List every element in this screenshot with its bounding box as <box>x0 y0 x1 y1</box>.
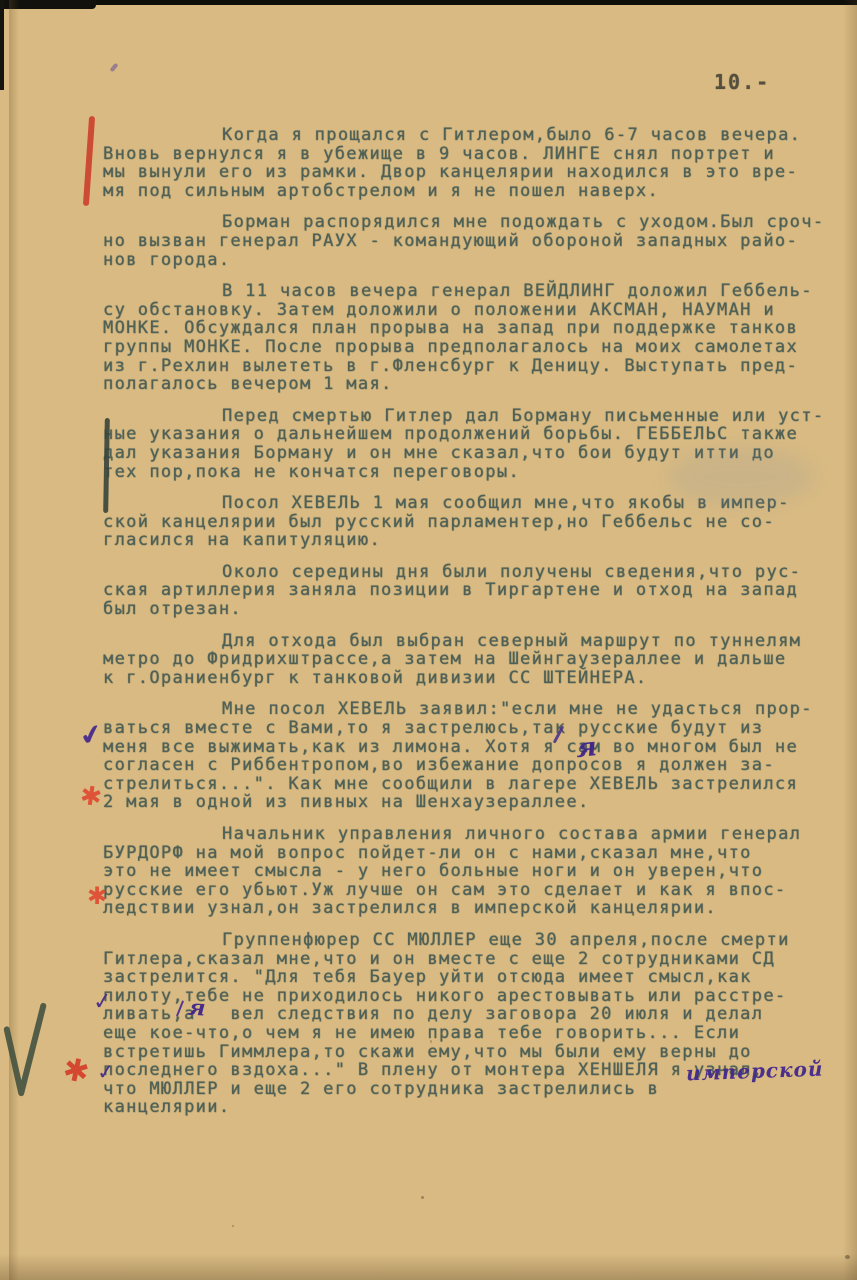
red-asterisk-2: ✱ <box>87 884 107 908</box>
typed-line: ные указания о дальнейшем продолжений бо… <box>103 425 833 444</box>
typed-paragraph: Борман распорядился мне подождать с уход… <box>103 213 833 269</box>
typed-line: ваться вместе с Вами,то я застрелюсь,так… <box>103 719 833 738</box>
typed-line: Борман распорядился мне подождать с уход… <box>103 213 833 232</box>
purple-check-mark-2: ✓ <box>92 990 114 1015</box>
typed-line: Когда я прощался с Гитлером,было 6-7 час… <box>103 126 833 145</box>
big-dark-checkmark <box>2 1002 50 1100</box>
typed-line: метро до Фридрихштрассе,а затем на Шейнг… <box>103 650 833 669</box>
typed-line: ская артиллерия заняла позиции в Тиргарт… <box>103 581 833 600</box>
purple-check-mark-1: ✔ <box>77 720 105 752</box>
paper-speck <box>232 1225 234 1227</box>
red-margin-stroke <box>83 116 95 206</box>
typed-line: к г.Ораниенбург к танковой дивизии СС ШТ… <box>103 669 833 688</box>
handwritten-ya-insert: я <box>187 996 207 1019</box>
typed-line: но вызван генерал РАУХ - командующий обо… <box>103 232 833 251</box>
paper-shadow-bottom <box>0 1254 857 1280</box>
typed-line: Для отхода был выбран северный маршрут п… <box>103 632 833 651</box>
typed-line: ледствии узнал,он застрелился в имперско… <box>103 899 833 918</box>
typed-line: су обстановку. Затем доложили о положени… <box>103 301 833 320</box>
typed-line: канцелярии. <box>103 1098 833 1117</box>
typed-line: ливать,а вел следствия по делу заговора … <box>103 1005 833 1024</box>
typed-paragraph: Группенфюрер СС МЮЛЛЕР еще 30 апреля,пос… <box>103 931 833 1117</box>
page-number: 10.- <box>714 70 770 94</box>
scan-edge-left <box>0 0 4 90</box>
typed-line: Мне посол ХЕВЕЛЬ заявил:"если мне не уда… <box>103 700 833 719</box>
scan-edge-top <box>0 0 857 5</box>
typed-line: это не имеет смысла - у него больные ног… <box>103 862 833 881</box>
typed-paragraph: Для отхода был выбран северный маршрут п… <box>103 632 833 688</box>
typed-line: встретишь Гиммлера,то скажи ему,что мы б… <box>103 1043 833 1062</box>
typed-line: гласился на капитуляцию. <box>103 531 833 550</box>
typed-line: из г.Рехлин вылететь в г.Фленсбург к Ден… <box>103 357 833 376</box>
typed-line: Группенфюрер СС МЮЛЛЕР еще 30 апреля,пос… <box>103 931 833 950</box>
typed-line: Вновь вернулся я в убежище в 9 часов. ЛИ… <box>103 145 833 164</box>
typed-line: меня все выжимать,как из лимона. Хотя я … <box>103 738 833 757</box>
typed-line: В 11 часов вечера генерал ВЕЙДЛИНГ долож… <box>103 282 833 301</box>
typed-line: 2 мая в одной из пивных на Шенхаузералле… <box>103 793 833 812</box>
document-scan-page: 10.- Когда я прощался с Гитлером,было 6-… <box>0 0 857 1280</box>
typed-paragraph: Около середины дня были получены сведени… <box>103 563 833 619</box>
typed-line: Гитлера,сказал мне,что и он вместе с еще… <box>103 950 833 969</box>
typed-line: согласен с Риббентропом,во избежание доп… <box>103 756 833 775</box>
handwritten-imperskoy: имперской <box>686 1059 824 1084</box>
ink-smudge <box>668 448 813 506</box>
red-asterisk-1: ✱ <box>78 783 103 812</box>
handwritten-ya-hotya: я <box>575 734 599 762</box>
typed-line: ской канцелярии был русский парламентер,… <box>103 513 833 532</box>
typed-line: пилоту,тебе не приходилось никого аресто… <box>103 987 833 1006</box>
typed-line: Перед смертью Гитлер дал Борману письмен… <box>103 407 833 426</box>
typed-line: был отрезан. <box>103 600 833 619</box>
typed-paragraph: Мне посол ХЕВЕЛЬ заявил:"если мне не уда… <box>103 700 833 812</box>
typed-line: мя под сильным артобстрелом и я не пошел… <box>103 182 833 201</box>
typed-line: Около середины дня были получены сведени… <box>103 563 833 582</box>
typed-line: МОНКЕ. Обсуждался план прорыва на запад … <box>103 319 833 338</box>
purple-speck <box>110 63 119 72</box>
paper-speck <box>421 1196 424 1199</box>
paper-speck <box>430 1040 432 1043</box>
red-asterisk-3: ✱ <box>60 1054 92 1090</box>
paper-shadow-right <box>843 0 857 1280</box>
typed-line: группы МОНКЕ. После прорыва предполагало… <box>103 338 833 357</box>
purple-check-mark-3: ✓ <box>96 1061 116 1084</box>
paper-speck <box>845 1255 850 1259</box>
typed-line: еще кое-что,о чем я не имею права тебе г… <box>103 1024 833 1043</box>
typed-line: нов города. <box>103 251 833 270</box>
typed-line: БУРДОРФ на мой вопрос пойдет-ли он с нам… <box>103 844 833 863</box>
typed-paragraph: В 11 часов вечера генерал ВЕЙДЛИНГ долож… <box>103 282 833 394</box>
typed-line: русские его убьют.Уж лучше он сам это сд… <box>103 881 833 900</box>
typed-line: полагалось вечером 1 мая. <box>103 375 833 394</box>
typed-paragraph: Начальник управления личного состава арм… <box>103 825 833 918</box>
typed-line: мы вынули его из рамки. Двор канцелярии … <box>103 163 833 182</box>
typed-paragraph: Когда я прощался с Гитлером,было 6-7 час… <box>103 126 833 200</box>
typed-line: застрелится. "Для тебя Бауер уйти отсюда… <box>103 968 833 987</box>
typed-text-block: Когда я прощался с Гитлером,было 6-7 час… <box>103 126 833 1130</box>
typed-line: стрелиться...". Как мне сообщили в лагер… <box>103 775 833 794</box>
typed-line: Начальник управления личного состава арм… <box>103 825 833 844</box>
